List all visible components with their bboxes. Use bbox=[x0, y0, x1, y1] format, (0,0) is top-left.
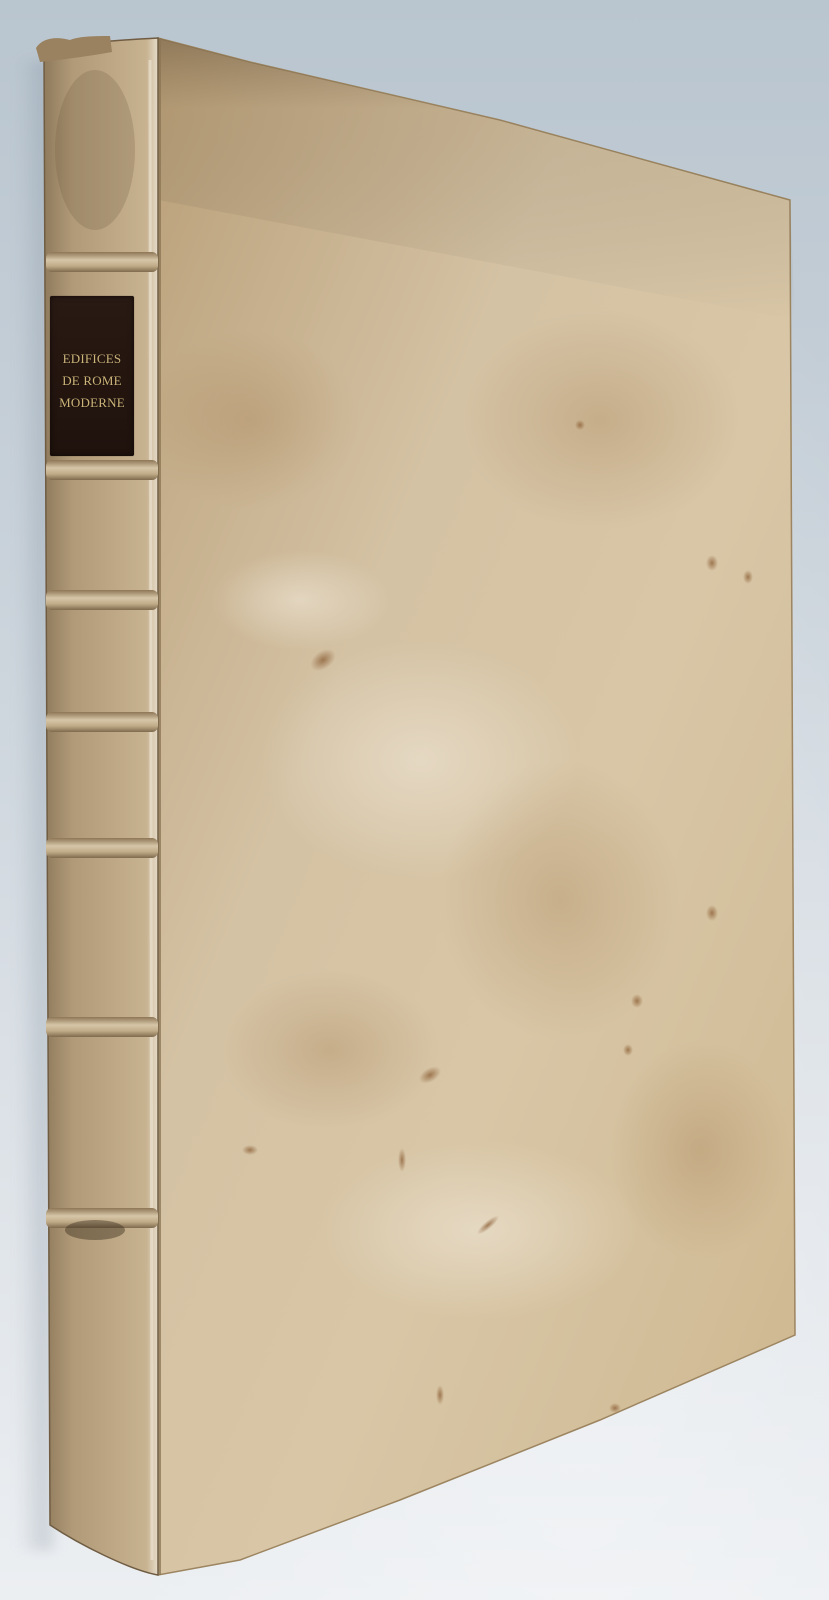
spine-label-line-1: EDIFICES bbox=[63, 352, 122, 365]
book bbox=[0, 0, 829, 1600]
spine-label: EDIFICES DE ROME MODERNE bbox=[50, 296, 134, 456]
spine-label-line-2: DE ROME bbox=[62, 374, 122, 387]
spine-label-line-3: MODERNE bbox=[59, 396, 125, 409]
photo-scene: EDIFICES DE ROME MODERNE bbox=[0, 0, 829, 1600]
